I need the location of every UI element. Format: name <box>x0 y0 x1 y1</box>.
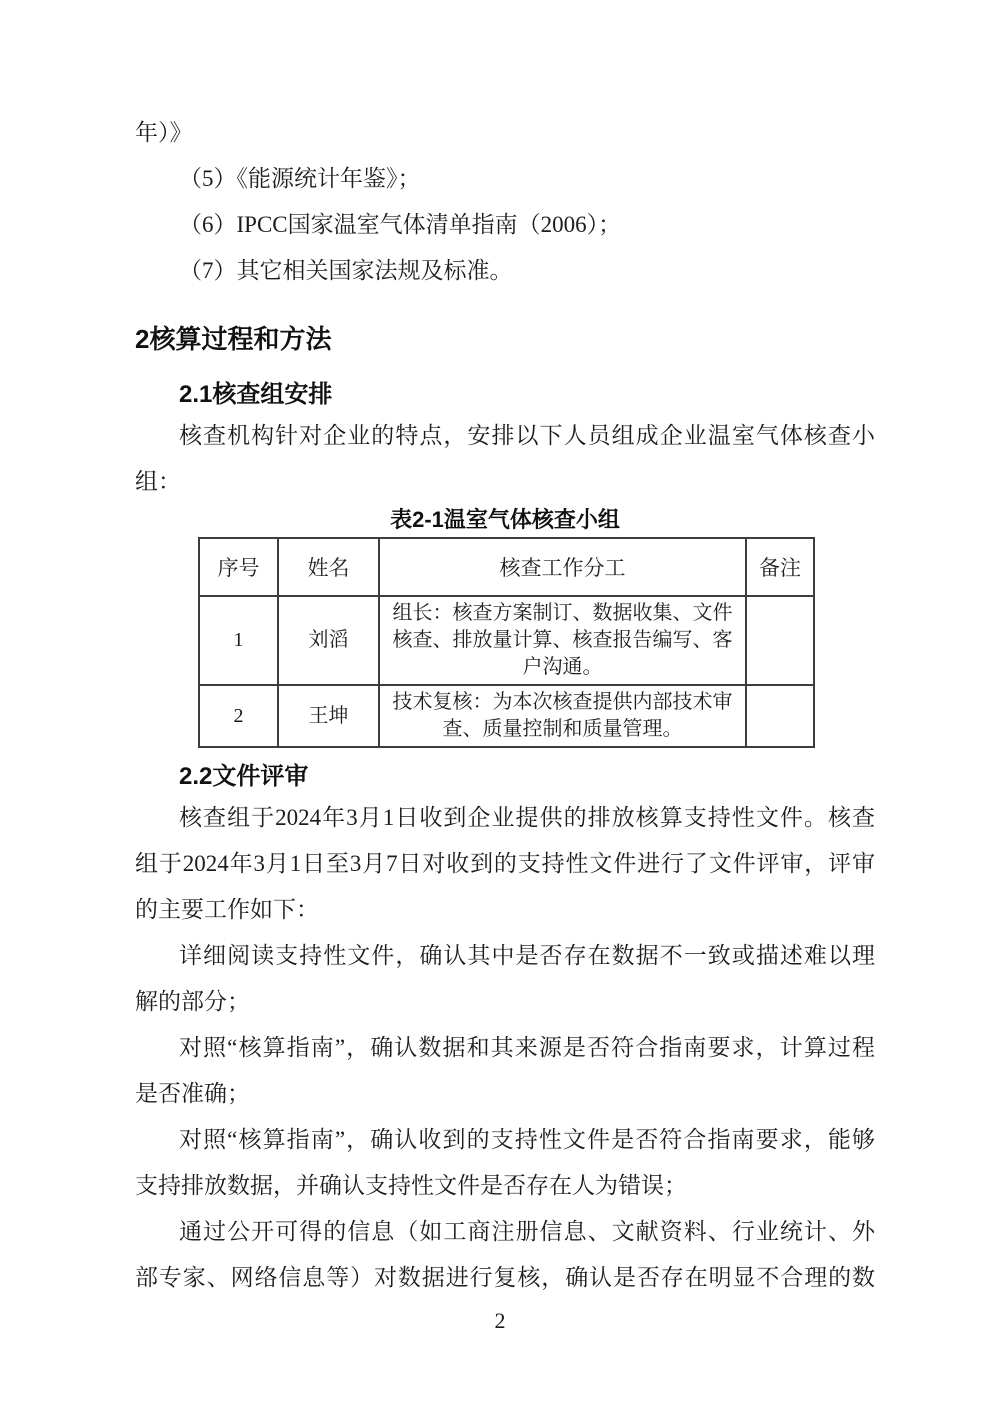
text-line: 支持排放数据，并确认支持性文件是否存在人为错误； <box>135 1163 875 1209</box>
text-line: 部专家、网络信息等）对数据进行复核，确认是否存在明显不合理的数 <box>135 1255 875 1301</box>
cell-note <box>746 596 814 685</box>
text-line: 的主要工作如下： <box>135 887 875 933</box>
paragraph-2-2: 核查组于2024年3月1日收到企业提供的排放核算支持性文件。核查组于2024年3… <box>135 795 875 1301</box>
section-heading-2-1: 2.1核查组安排 <box>135 378 875 412</box>
text-line: 核查机构针对企业的特点，安排以下人员组成企业温室气体核查小 <box>135 413 875 459</box>
section-heading-2-2: 2.2文件评审 <box>135 762 875 792</box>
cell-no: 1 <box>199 596 278 685</box>
text-line: 组： <box>135 459 875 505</box>
reference-list-continuation: 年）》（5）《能源统计年鉴》；（6）IPCC国家温室气体清单指南（2006）；（… <box>135 0 875 294</box>
text-line: 通过公开可得的信息（如工商注册信息、文献资料、行业统计、外 <box>135 1209 875 1255</box>
cell-duty: 技术复核：为本次核查提供内部技术审查、质量控制和质量管理。 <box>379 685 746 747</box>
text-line: 年）》 <box>135 110 875 156</box>
column-header: 核查工作分工 <box>379 538 746 596</box>
section-heading-2: 2核算过程和方法 <box>135 321 875 357</box>
text-line: 详细阅读支持性文件，确认其中是否存在数据不一致或描述难以理 <box>135 933 875 979</box>
cell-duty: 组长：核查方案制订、数据收集、文件核查、排放量计算、核查报告编写、客户沟通。 <box>379 596 746 685</box>
text-line: 是否准确； <box>135 1071 875 1117</box>
text-line: （7）其它相关国家法规及标准。 <box>135 248 875 294</box>
cell-name: 刘滔 <box>278 596 379 685</box>
text-line: 核查组于2024年3月1日收到企业提供的排放核算支持性文件。核查 <box>135 795 875 841</box>
cell-name: 王坤 <box>278 685 379 747</box>
page-number: 2 <box>0 1306 1000 1336</box>
paragraph-2-1: 核查机构针对企业的特点，安排以下人员组成企业温室气体核查小组： <box>135 413 875 505</box>
text-line: （5）《能源统计年鉴》； <box>135 156 875 202</box>
cell-no: 2 <box>199 685 278 747</box>
text-line: （6）IPCC国家温室气体清单指南（2006）； <box>135 202 875 248</box>
text-line: 组于2024年3月1日至3月7日对收到的支持性文件进行了文件评审，评审 <box>135 841 875 887</box>
page-content: 年）》（5）《能源统计年鉴》；（6）IPCC国家温室气体清单指南（2006）；（… <box>135 0 875 1301</box>
text-line: 对照“核算指南”，确认数据和其来源是否符合指南要求，计算过程 <box>135 1025 875 1071</box>
text-line: 解的部分； <box>135 979 875 1025</box>
table-caption: 表2-1温室气体核查小组 <box>135 505 875 535</box>
table-row: 1刘滔组长：核查方案制订、数据收集、文件核查、排放量计算、核查报告编写、客户沟通… <box>199 596 814 685</box>
verification-team-table: 序号姓名核查工作分工备注 1刘滔组长：核查方案制订、数据收集、文件核查、排放量计… <box>198 537 815 748</box>
column-header: 序号 <box>199 538 278 596</box>
table-row: 2王坤技术复核：为本次核查提供内部技术审查、质量控制和质量管理。 <box>199 685 814 747</box>
column-header: 姓名 <box>278 538 379 596</box>
column-header: 备注 <box>746 538 814 596</box>
cell-note <box>746 685 814 747</box>
text-line: 对照“核算指南”，确认收到的支持性文件是否符合指南要求，能够 <box>135 1117 875 1163</box>
document-page: 年）》（5）《能源统计年鉴》；（6）IPCC国家温室气体清单指南（2006）；（… <box>0 0 1000 1414</box>
table-header-row: 序号姓名核查工作分工备注 <box>199 538 814 596</box>
